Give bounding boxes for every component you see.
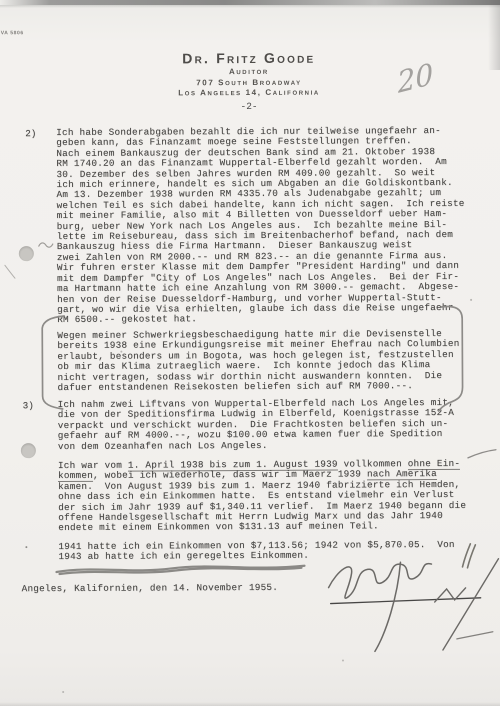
- paragraph-3: 3)Ich nahm zwei Liftvans von Wuppertal-E…: [58, 398, 455, 452]
- pencil-tilde-icon: [39, 243, 53, 247]
- paragraph-4: Ich war vom 1. April 1938 bis zum 1. Aug…: [58, 459, 466, 534]
- hole-punch-icon: [19, 246, 34, 261]
- paragraph-2: Wegen meiner Schwerkriegsbeschaedigung h…: [57, 329, 460, 394]
- scan-edge-top-shadow: [0, 5, 500, 8]
- hole-punch-icon: [21, 443, 36, 458]
- signature: [328, 559, 498, 652]
- pencil-tick-icon: [5, 265, 15, 278]
- paper-speck: [62, 691, 64, 693]
- paragraph-1: 2)Ich habe Sonderabgaben bezahlt die ich…: [56, 126, 465, 326]
- pencil-dash-icon: [468, 450, 496, 458]
- archive-stamp: VA 5806: [1, 30, 24, 36]
- paper-speck: [120, 351, 122, 353]
- page-number: -2-: [0, 100, 499, 114]
- pencil-wavy-underline: [56, 566, 304, 574]
- pencil-dot-icon: [25, 546, 27, 548]
- text-line: dafuer entstandenen Reisekosten beliefen…: [58, 381, 460, 394]
- scan-edge-bottom: [0, 702, 500, 706]
- scan-edge-right: [488, 0, 500, 70]
- paragraph-marker: 3): [23, 400, 34, 411]
- text-line: endete mit einem Einkommen von $131.13 a…: [58, 521, 466, 534]
- text-line: RM 6500.-- gekostet hat.: [57, 313, 465, 326]
- pencil-double-slash-icon: [462, 544, 475, 568]
- paragraph-marker: 2): [25, 128, 36, 139]
- scanned-document-page: VA 5806 Dr. Fritz Goode Auditor 707 Sout…: [0, 0, 500, 706]
- paper-speck: [470, 299, 472, 301]
- paragraph-5: 1941 hatte ich ein Einkommen von $7,113.…: [58, 540, 454, 563]
- text-line: 1943 ab hatte ich ein geregeltes Einkomm…: [58, 550, 454, 562]
- dateline: Angeles, Kalifornien, den 14. November 1…: [22, 582, 279, 594]
- page-content: VA 5806 Dr. Fritz Goode Auditor 707 Sout…: [0, 0, 500, 706]
- paper-speck: [342, 660, 344, 662]
- text-line: von dem Ozeanhafen nach Los Angeles.: [58, 440, 454, 452]
